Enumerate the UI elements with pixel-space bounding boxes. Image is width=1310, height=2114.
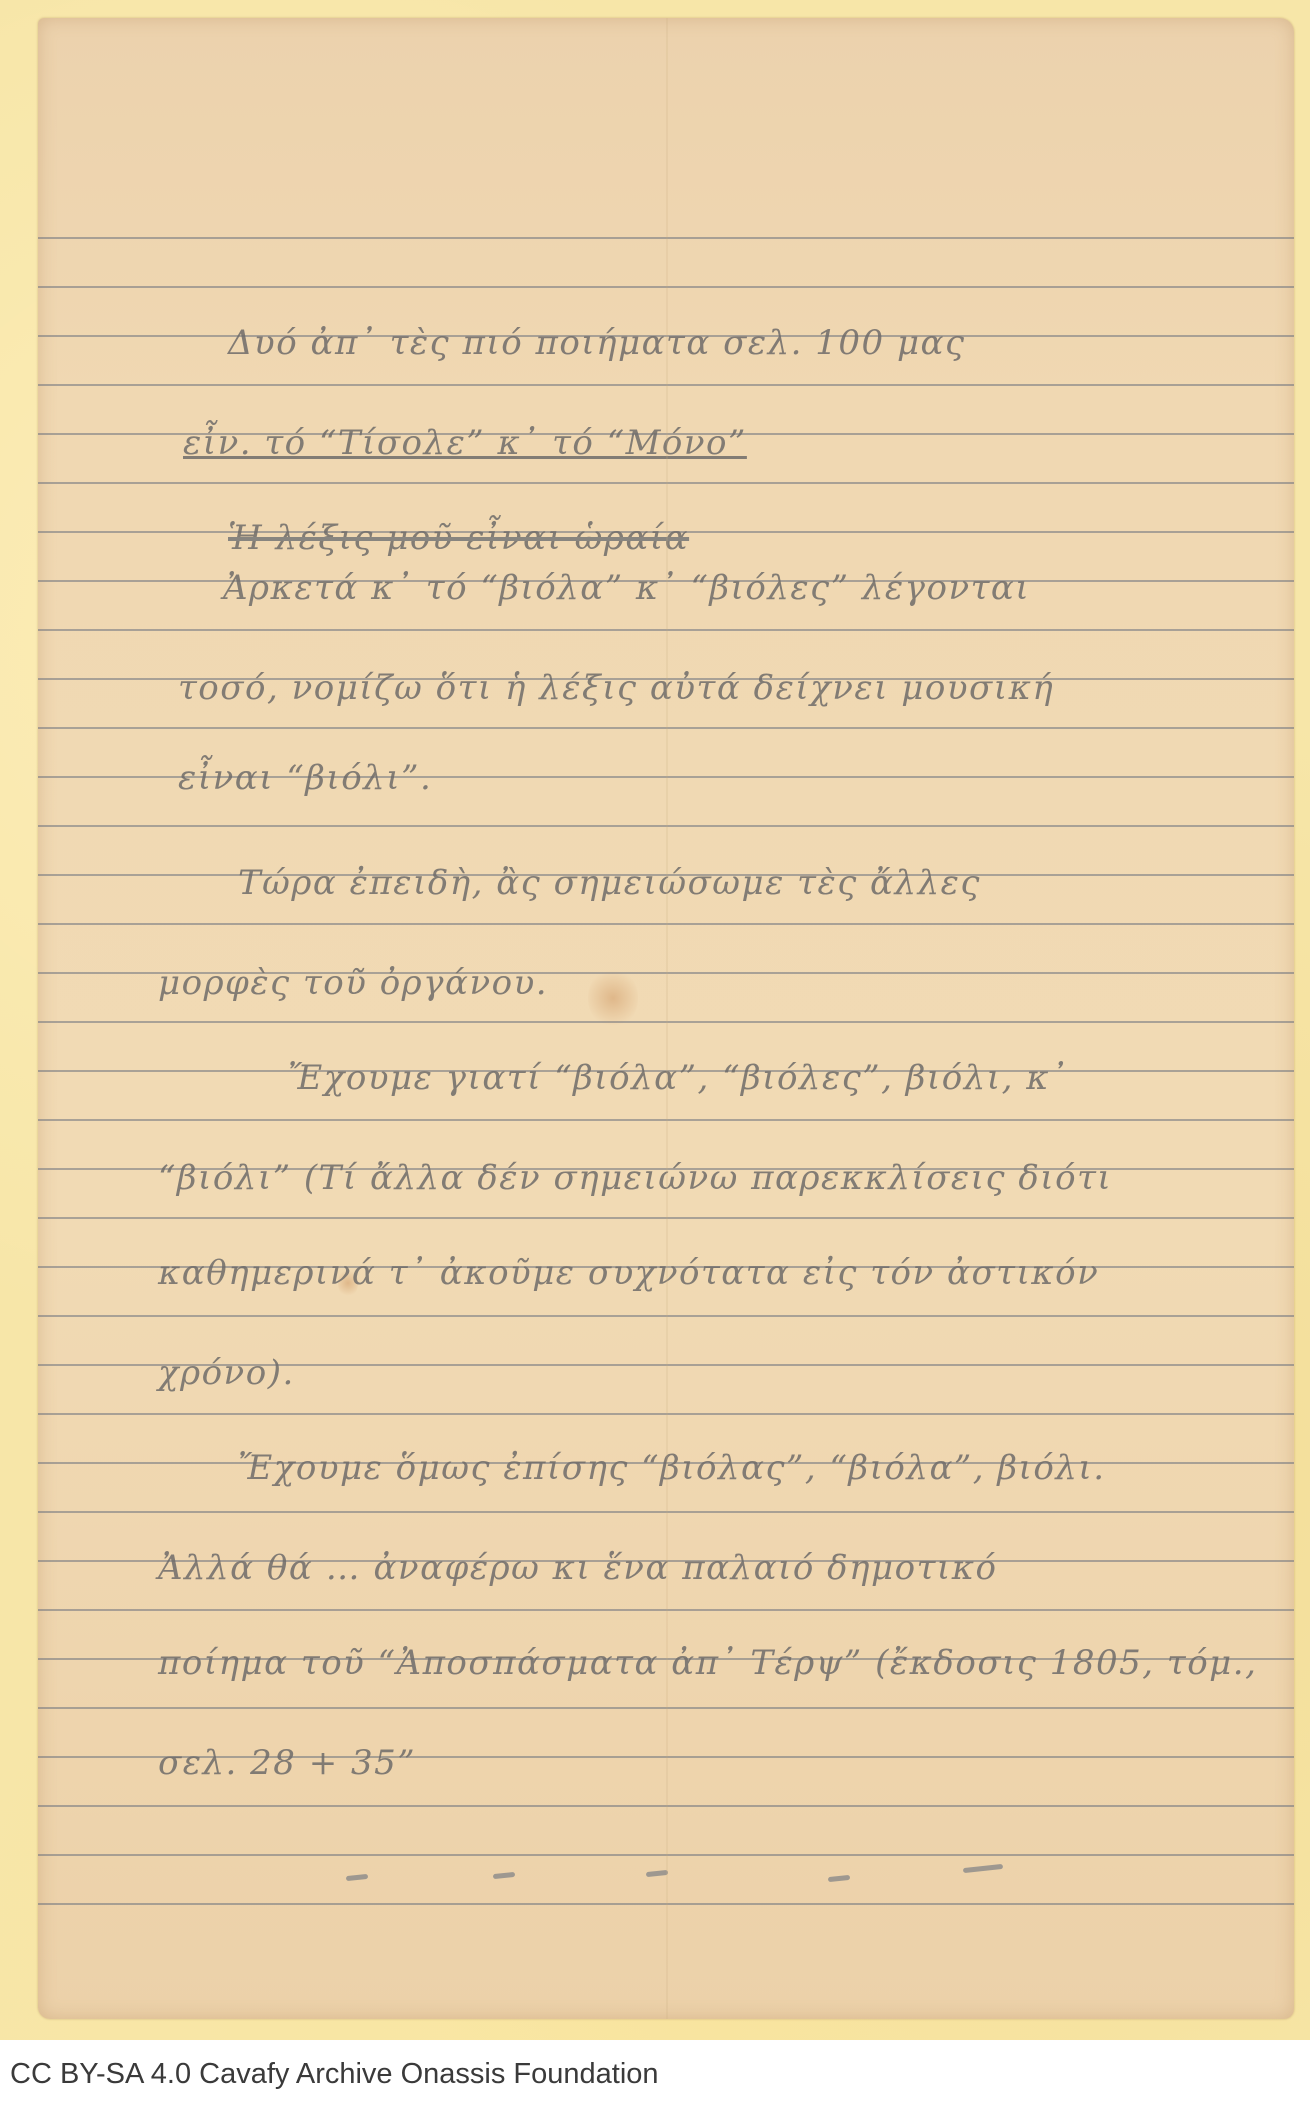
footer-bar: CC BY-SA 4.0 Cavafy Archive Onassis Foun… [0, 2040, 1310, 2114]
ruling-line [38, 1119, 1294, 1121]
manuscript-line: Τώρα ἐπειδὴ, ἂς σημειώσωμε τὲς ἄλλες [238, 863, 981, 903]
ruling-line [38, 237, 1294, 239]
manuscript-line: χρόνο). [158, 1353, 295, 1393]
manuscript-line: εἶν. τό “Τίσολε” κ᾽ τό “Μόνο” [183, 423, 747, 463]
manuscript-line: καθημερινά τ᾽ ἀκοῦμε συχνότατα εἰς τόν ἀ… [158, 1253, 1099, 1293]
end-mark [963, 1864, 1003, 1873]
ruling-line [38, 531, 1294, 533]
ruling-line [38, 1413, 1294, 1415]
manuscript-line: Ἀρκετά κ᾽ τό “βιόλα” κ᾽ “βιόλες” λέγοντα… [223, 568, 1030, 608]
manuscript-line: Δυό ἀπ᾽ τὲς πιό ποιήματα σελ. 100 μας [228, 323, 966, 363]
ruling-line [38, 923, 1294, 925]
ruling-line [38, 1021, 1294, 1023]
ruling-line [38, 1315, 1294, 1317]
manuscript-line: μορφὲς τοῦ ὀργάνου. [158, 963, 548, 1003]
ruling-line [38, 286, 1294, 288]
manuscript-line: “βιόλι” (Τί ἄλλα δέν σημειώνω παρεκκλίσε… [158, 1158, 1112, 1198]
license-credit: CC BY-SA 4.0 Cavafy Archive Onassis Foun… [10, 2058, 659, 2091]
manuscript-line: Ἔχουμε γιατί “βιόλα”, “βιόλες”, βιόλι, κ… [288, 1058, 1069, 1098]
ruling-line [38, 1903, 1294, 1905]
end-mark [493, 1872, 515, 1879]
ruling-line [38, 1462, 1294, 1464]
ruling-line [38, 384, 1294, 386]
ruling-line [38, 1217, 1294, 1219]
ruling-line [38, 1609, 1294, 1611]
manuscript-line: Ἔχουμε ὅμως ἐπίσης “βιόλας”, “βιόλα”, βι… [238, 1448, 1106, 1488]
manuscript-page: Δυό ἀπ᾽ τὲς πιό ποιήματα σελ. 100 μας εἶ… [38, 18, 1294, 2019]
ruling-line [38, 1805, 1294, 1807]
ruling-line [38, 629, 1294, 631]
manuscript-line: Ἀλλά θά … ἀναφέρω κι ἕνα παλαιό δημοτικό [158, 1548, 997, 1588]
ruling-line [38, 825, 1294, 827]
ruling-line [38, 1854, 1294, 1856]
foxing-stain [588, 968, 638, 1028]
end-mark [346, 1874, 368, 1881]
end-mark [828, 1875, 850, 1882]
manuscript-line: εἶναι “βιόλι”. [178, 758, 432, 798]
ruling-line [38, 1511, 1294, 1513]
ruling-line [38, 1707, 1294, 1709]
manuscript-line: τοσό, νομίζω ὅτι ἡ λέξις αὐτά δείχνει μο… [178, 668, 1054, 708]
ruling-line [38, 874, 1294, 876]
manuscript-line: σελ. 28 + 35” [158, 1743, 416, 1783]
ruling-line [38, 482, 1294, 484]
ruling-line [38, 1070, 1294, 1072]
ruling-line [38, 727, 1294, 729]
manuscript-line: ποίημα τοῦ “Ἀποσπάσματα ἀπ᾽ Τέρψ” (ἔκδοσ… [158, 1643, 1257, 1683]
manuscript-line-struck: Ἡ λέξις μοῦ εἶναι ὡραία [228, 518, 689, 558]
end-mark [646, 1870, 668, 1877]
